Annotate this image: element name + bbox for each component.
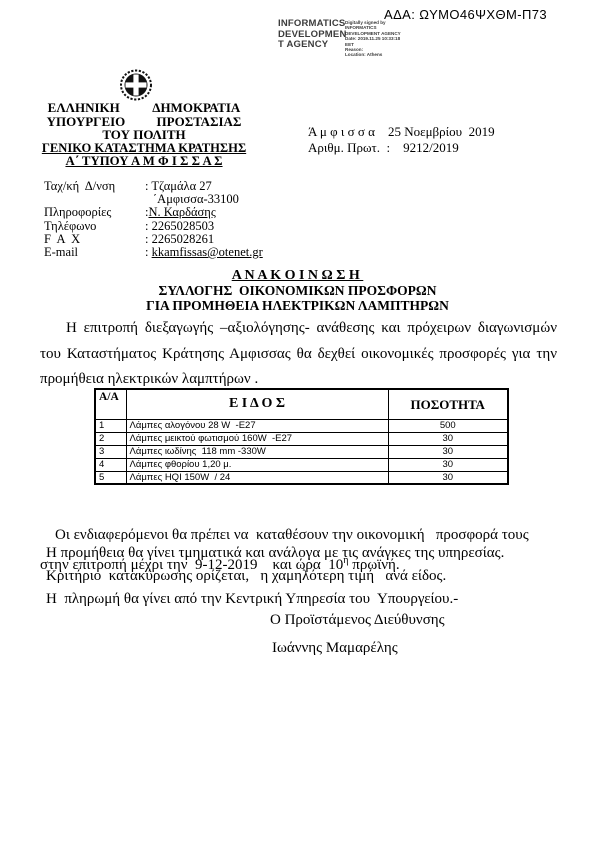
digital-signature-stamp: INFORMATICS DEVELOPMEN T AGENCY Digitall… [278, 19, 401, 58]
announcement-subtitle-2: ΓΙΑ ΠΡΟΜΗΘΕΙΑ ΗΛΕΚΤΡΙΚΩΝ ΛΑΜΠΤΗΡΩΝ [0, 298, 595, 313]
header-line-ministry: ΥΠΟΥΡΓΕΙΟ ΠΡΟΣΤΑΣΙΑΣ [38, 115, 250, 129]
table-row: 4 Λάμπες φθορίου 1,20 μ. 30 [95, 458, 508, 471]
table-row: 2 Λάμπες μεικτού φωτισμού 160W -E27 30 [95, 432, 508, 445]
header-line-amfissa: Α΄ ΤΥΠΟΥ Α Μ Φ Ι Σ Σ Α Σ [38, 155, 250, 169]
place-date: Ά μ φ ι σ σ α 25 Νοεμβρίου 2019 [308, 124, 495, 140]
payment-paragraph: Η πληρωμή θα γίνει από την Κεντρική Υπηρ… [46, 591, 561, 608]
email-link[interactable]: kkamfissas@otenet.gr [152, 245, 263, 259]
intro-paragraph: Η επιτροπή διεξαγωγής –αξιολόγησης- ανάθ… [40, 316, 557, 393]
partial-delivery-paragraph: Η προμήθεια θα γίνει τμηματικά και ανάλο… [46, 545, 561, 562]
column-header-item: Ε Ι Δ Ο Σ [126, 389, 388, 419]
greek-coat-of-arms-icon [116, 66, 156, 104]
protocol-block: Ά μ φ ι σ σ α 25 Νοεμβρίου 2019 Αριθμ. Π… [308, 124, 495, 155]
ministry-header: ΕΛΛΗΝΙΚΗ ΔΗΜΟΚΡΑΤΙΑ ΥΠΟΥΡΓΕΙΟ ΠΡΟΣΤΑΣΙΑΣ… [38, 101, 250, 169]
contact-row-email: E-mail : kkamfissas@otenet.gr [44, 246, 314, 259]
header-line-citizen: ΤΟΥ ΠΟΛΙΤΗ [38, 128, 250, 142]
table-row: 3 Λάμπες ιωδίνης 118 mm -330W 30 [95, 445, 508, 458]
document-page: ΑΔΑ: ΩΥΜΟ46ΨΧΘΜ-Π73 INFORMATICS DEVELOPM… [0, 0, 595, 842]
stamp-agency-name: INFORMATICS DEVELOPMEN T AGENCY [278, 19, 340, 58]
table-row: 5 Λάμπες HQI 150W / 24 30 [95, 471, 508, 484]
table-row: 1 Λάμπες αλογόνου 28 W -E27 500 [95, 419, 508, 432]
items-table: Α/Α Ε Ι Δ Ο Σ ΠΟΣΟΤΗΤΑ 1 Λάμπες αλογόνου… [94, 388, 509, 485]
signatory-role: Ο Προϊστάμενος Διεύθυνσης [270, 612, 445, 629]
stamp-signature-details: Digitally signed by INFORMATICS DEVELOPM… [345, 19, 401, 58]
contact-block: Ταχ/κή Δ/νση : Τζαμάλα 27 ΄Αμφισσα-33100… [44, 180, 314, 259]
table-header-row: Α/Α Ε Ι Δ Ο Σ ΠΟΣΟΤΗΤΑ [95, 389, 508, 419]
signatory-name: Ιωάννης Μαμαρέλης [272, 640, 398, 657]
column-header-serial: Α/Α [95, 389, 126, 419]
protocol-number: Αριθμ. Πρωτ. : 9212/2019 [308, 140, 495, 156]
announcement-title-block: Α Ν Α Κ Ο Ι Ν Ω Σ Η ΣΥΛΛΟΓΗΣ ΟΙΚΟΝΟΜΙΚΩΝ… [0, 268, 595, 314]
ada-code: ΑΔΑ: ΩΥΜΟ46ΨΧΘΜ-Π73 [384, 7, 547, 22]
award-criterion-paragraph: Κριτήριο κατακύρωσης ορίζεται, η χαμηλότ… [46, 568, 561, 585]
column-header-quantity: ΠΟΣΟΤΗΤΑ [388, 389, 508, 419]
announcement-subtitle-1: ΣΥΛΛΟΓΗΣ ΟΙΚΟΝΟΜΙΚΩΝ ΠΡΟΣΦΟΡΩΝ [0, 283, 595, 298]
announcement-title: Α Ν Α Κ Ο Ι Ν Ω Σ Η [0, 268, 595, 283]
header-line-republic: ΕΛΛΗΝΙΚΗ ΔΗΜΟΚΡΑΤΙΑ [38, 101, 250, 115]
header-line-detention: ΓΕΝΙΚΟ ΚΑΤΑΣΤΗΜΑ ΚΡΑΤΗΣΗΣ [38, 142, 250, 156]
